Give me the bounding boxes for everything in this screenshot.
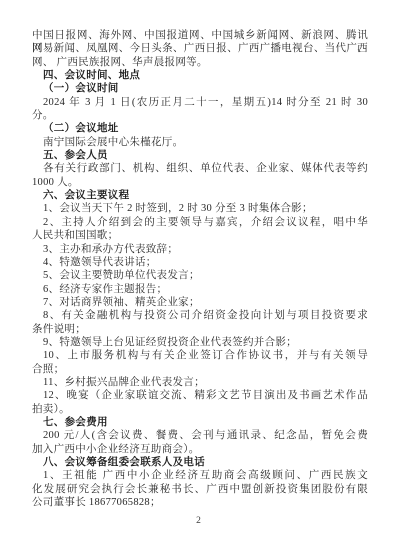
- text-line: 各有关行政部门、机构、组织、单位代表、企业家、媒体代表等约: [32, 162, 368, 175]
- text-line: 合照；: [32, 363, 368, 376]
- text-line: 9、特邀领导上台见证经贸投资企业代表签约并合影；: [32, 336, 368, 349]
- heading-line: 四、会议时间、地点: [32, 69, 368, 82]
- heading-line: 八、会议筹备组委会联系人及电话: [32, 456, 368, 469]
- document-body: 中国日报网、海外网、中国报道网、中国城乡新闻网、新浪网、腾讯网、网易新闻、凤凰网…: [32, 29, 368, 509]
- text-line: 1、王祖能 广西中小企业经济互助商会高级顾问、广西民族文: [32, 469, 368, 482]
- text-line: 公司董事长 18677065828；: [32, 496, 368, 509]
- text-line: 11、乡村振兴品牌企业代表发言；: [32, 376, 368, 389]
- text-line: 1000 人。: [32, 176, 368, 189]
- text-line: 6、经济专家作主题报告；: [32, 283, 368, 296]
- text-line: 网、 广西民族报网、华声晨报网等。: [32, 56, 368, 69]
- page-number: 2: [0, 516, 397, 526]
- text-line: 人民共和国国歌；: [32, 229, 368, 242]
- text-line: 分。: [32, 109, 368, 122]
- text-line: 中国日报网、海外网、中国报道网、中国城乡新闻网、新浪网、腾讯网、: [32, 29, 368, 42]
- text-line: 200 元/人(含会议费、餐费、会刊与通讯录、纪念品，暂免会费: [32, 429, 368, 442]
- text-line: 加入广西中小企业经济互助商会）。: [32, 443, 368, 456]
- heading-line: （二）会议地址: [32, 122, 368, 135]
- heading-line: 七、参会费用: [32, 416, 368, 429]
- text-line: 化发展研究会执行会长兼秘书长、广西中盟创新投资集团股份有限: [32, 483, 368, 496]
- text-line: 2024 年 3 月 1 日(农历正月二十一，星期五)14 时分至 21 时 3…: [32, 96, 368, 109]
- heading-line: （一）会议时间: [32, 82, 368, 95]
- text-line: 10、上市服务机构与有关企业签订合作协议书，并与有关领导: [32, 349, 368, 362]
- text-line: 拍卖）。: [32, 403, 368, 416]
- heading-line: 六、会议主要议程: [32, 189, 368, 202]
- text-line: 7、对话商界领袖、精英企业家；: [32, 296, 368, 309]
- text-line: 5、会议主要赞助单位代表发言；: [32, 269, 368, 282]
- text-line: 3、主办和承办方代表致辞；: [32, 243, 368, 256]
- text-line: 网易新闻、凤凰网、今日头条、广西日报、广西广播电视台、当代广西: [32, 42, 368, 55]
- document-page: 中国日报网、海外网、中国报道网、中国城乡新闻网、新浪网、腾讯网、网易新闻、凤凰网…: [0, 0, 397, 542]
- text-line: 1、会议当天下午 2 时签到，2 时 30 分至 3 时集体合影；: [32, 202, 368, 215]
- text-line: 4、特邀领导代表讲话；: [32, 256, 368, 269]
- text-line: 12、晚宴（企业家联谊交流、精彩文艺节目演出及书画艺术作品: [32, 389, 368, 402]
- text-line: 8、有关金融机构与投资公司介绍资金投向计划与项目投资要求: [32, 309, 368, 322]
- text-line: 南宁国际会展中心朱槿花厅。: [32, 136, 368, 149]
- heading-line: 五、参会人员: [32, 149, 368, 162]
- text-line: 2、主持人介绍到会的主要领导与嘉宾，介绍会议议程，唱中华: [32, 216, 368, 229]
- text-line: 条件说明；: [32, 323, 368, 336]
